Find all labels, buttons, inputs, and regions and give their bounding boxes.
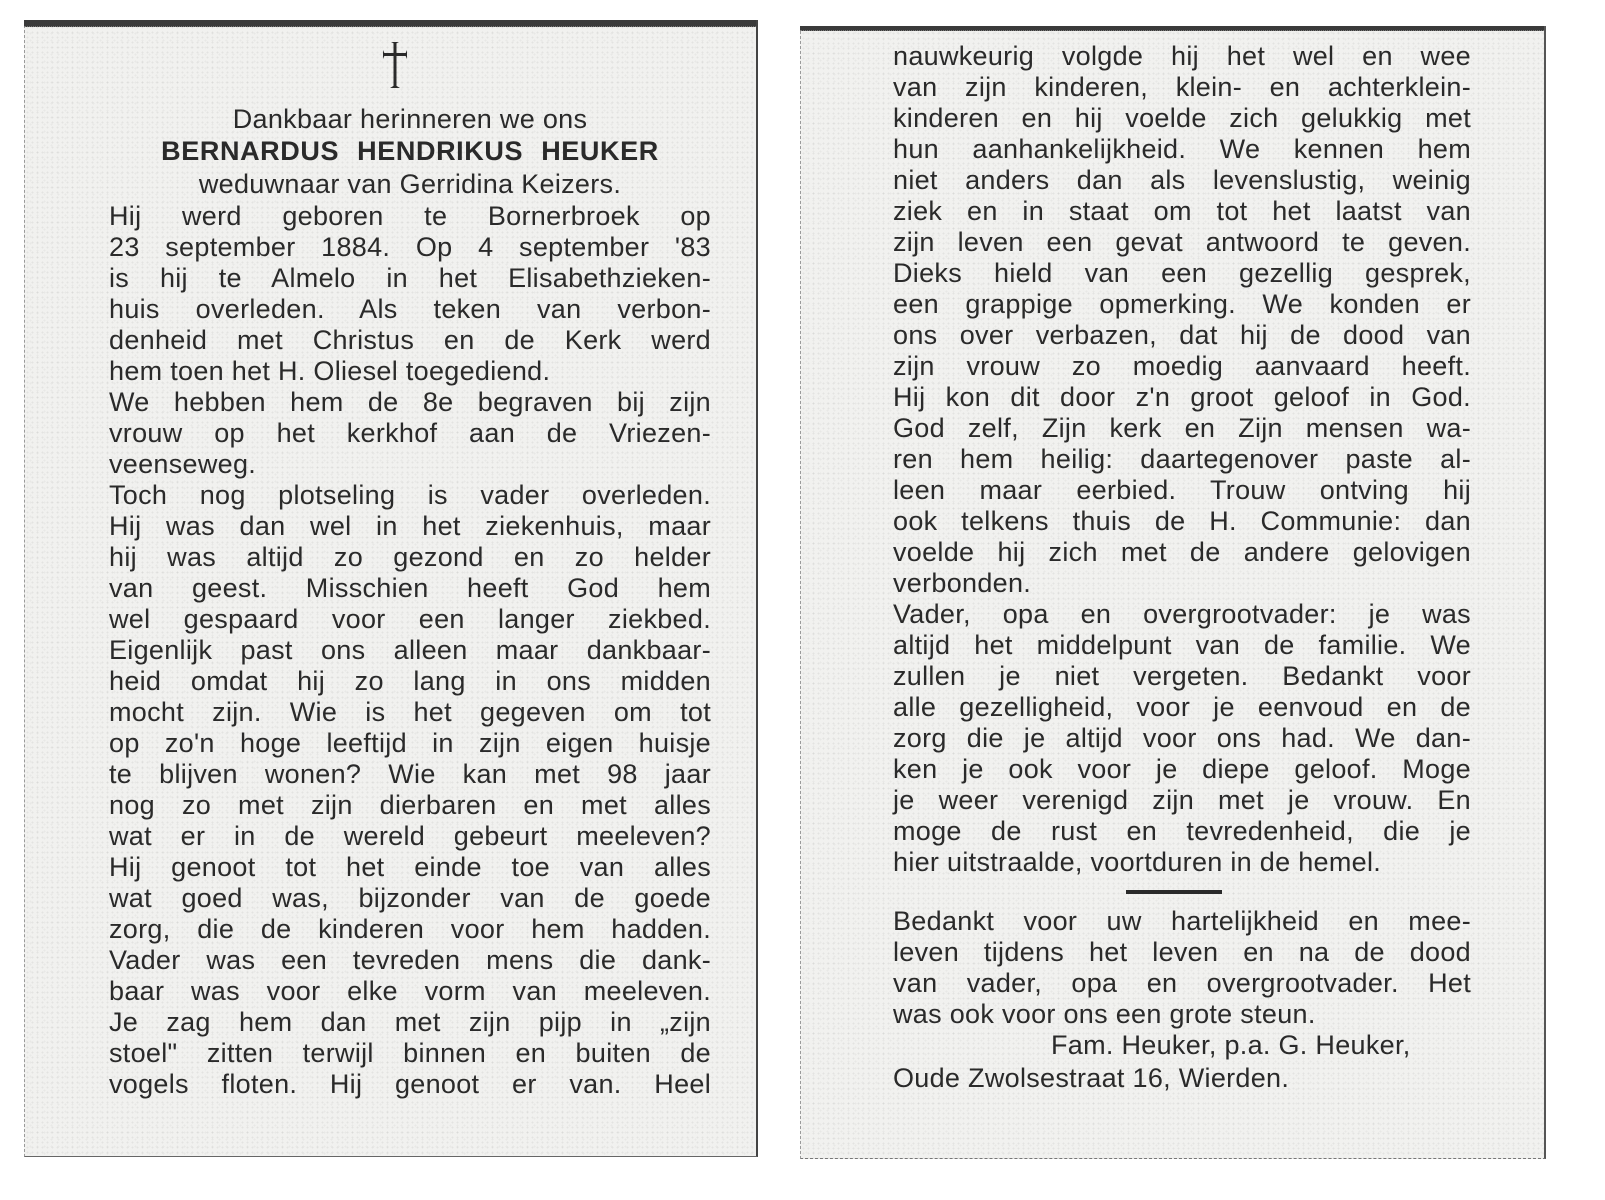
text-line: ren hem heilig: daartegenover paste al- bbox=[893, 444, 1471, 475]
text-line: alle gezelligheid, voor je eenvoud en de bbox=[893, 692, 1471, 723]
left-body-text: Hij werd geboren te Bornerbroek op23 sep… bbox=[109, 201, 711, 1100]
text-line: wel gespaard voor een langer ziekbed. bbox=[109, 604, 711, 635]
text-line: Eigenlijk past ons alleen maar dankbaar- bbox=[109, 635, 711, 666]
text-line: leen maar eerbied. Trouw ontving hij bbox=[893, 475, 1471, 506]
text-line: Hij werd geboren te Bornerbroek op bbox=[109, 201, 711, 232]
text-line: zorg, die de kinderen voor hem hadden. bbox=[109, 914, 711, 945]
text-line: baar was voor elke vorm van meeleven. bbox=[109, 976, 711, 1007]
text-line: wat goed was, bijzonder van de goede bbox=[109, 883, 711, 914]
text-line: wat er in de wereld gebeurt meeleven? bbox=[109, 821, 711, 852]
text-line: 23 september 1884. Op 4 september '83 bbox=[109, 232, 711, 263]
text-line: voelde hij zich met de andere gelovigen bbox=[893, 537, 1471, 568]
text-line: Je zag hem dan met zijn pijp in „zijn bbox=[109, 1007, 711, 1038]
text-line: huis overleden. Als teken van verbon- bbox=[109, 294, 711, 325]
text-line: Vader was een tevreden mens die dank- bbox=[109, 945, 711, 976]
text-line: ook telkens thuis de H. Communie: dan bbox=[893, 506, 1471, 537]
text-line: ons over verbazen, dat hij de dood van bbox=[893, 320, 1471, 351]
text-line: denheid met Christus en de Kerk werd bbox=[109, 325, 711, 356]
text-line: nog zo met zijn dierbaren en met alles bbox=[109, 790, 711, 821]
text-line: ken je ook voor je diepe geloof. Moge bbox=[893, 754, 1471, 785]
left-text-column: Dankbaar herinneren we ons BERNARDUS HEN… bbox=[109, 104, 711, 1100]
text-line: Vader, opa en overgrootvader: je was bbox=[893, 599, 1471, 630]
memorial-card-left-page: Dankbaar herinneren we ons BERNARDUS HEN… bbox=[24, 20, 758, 1157]
text-line: moge de rust en tevredenheid, die je bbox=[893, 816, 1471, 847]
widower-subtitle: weduwnaar van Gerridina Keizers. bbox=[109, 169, 711, 201]
text-line: te blijven wonen? Wie kan met 98 jaar bbox=[109, 759, 711, 790]
text-line: zorg die je altijd voor ons had. We dan- bbox=[893, 723, 1471, 754]
text-line: niet anders dan als levenslustig, weinig bbox=[893, 165, 1471, 196]
text-line: een grappige opmerking. We konden er bbox=[893, 289, 1471, 320]
text-line: mocht zijn. Wie is het gegeven om tot bbox=[109, 697, 711, 728]
text-line: hij was altijd zo gezond en zo helder bbox=[109, 542, 711, 573]
text-line: hun aanhankelijkheid. We kennen hem bbox=[893, 134, 1471, 165]
text-line: ziek en in staat om tot het laatst van bbox=[893, 196, 1471, 227]
intro-line: Dankbaar herinneren we ons bbox=[109, 104, 711, 136]
text-line: Dieks hield van een gezellig gesprek, bbox=[893, 258, 1471, 289]
cross-icon bbox=[380, 40, 410, 90]
text-line: We hebben hem de 8e begraven bij zijn bbox=[109, 387, 711, 418]
text-line: zijn leven een gevat antwoord te geven. bbox=[893, 227, 1471, 258]
thanks-text: Bedankt voor uw hartelijkheid en mee-lev… bbox=[893, 906, 1471, 1030]
text-line: kinderen en hij voelde zich gelukkig met bbox=[893, 103, 1471, 134]
right-body-text: nauwkeurig volgde hij het wel en weevan … bbox=[893, 41, 1471, 878]
text-line: Bedankt voor uw hartelijkheid en mee- bbox=[893, 906, 1471, 937]
text-line: op zo'n hoge leeftijd in zijn eigen huis… bbox=[109, 728, 711, 759]
text-line: zullen je niet vergeten. Bedankt voor bbox=[893, 661, 1471, 692]
text-line: is hij te Almelo in het Elisabethzieken- bbox=[109, 263, 711, 294]
text-line: vogels floten. Hij genoot er van. Heel bbox=[109, 1069, 711, 1100]
text-line: heid omdat hij zo lang in ons midden bbox=[109, 666, 711, 697]
text-line: vrouw op het kerkhof aan de Vriezen- bbox=[109, 418, 711, 449]
text-line: van zijn kinderen, klein- en achterklein… bbox=[893, 72, 1471, 103]
text-line: hier uitstraalde, voortduren in de hemel… bbox=[893, 847, 1471, 878]
text-line: Hij kon dit door z'n groot geloof in God… bbox=[893, 382, 1471, 413]
text-line: God zelf, Zijn kerk en Zijn mensen wa- bbox=[893, 413, 1471, 444]
right-text-column: nauwkeurig volgde hij het wel en weevan … bbox=[893, 41, 1471, 1094]
deceased-name: BERNARDUS HENDRIKUS HEUKER bbox=[109, 136, 711, 169]
divider-rule bbox=[1126, 890, 1222, 894]
text-line: Hij genoot tot het einde toe van alles bbox=[109, 852, 711, 883]
text-line: zijn vrouw zo moedig aanvaard heeft. bbox=[893, 351, 1471, 382]
text-line: was ook voor ons een grote steun. bbox=[893, 999, 1471, 1030]
text-line: verbonden. bbox=[893, 568, 1471, 599]
text-line: Hij was dan wel in het ziekenhuis, maar bbox=[109, 511, 711, 542]
text-line: leven tijdens het leven en na de dood bbox=[893, 937, 1471, 968]
text-line: altijd het middelpunt van de familie. We bbox=[893, 630, 1471, 661]
text-line: stoel" zitten terwijl binnen en buiten d… bbox=[109, 1038, 711, 1069]
text-line: nauwkeurig volgde hij het wel en wee bbox=[893, 41, 1471, 72]
text-line: je weer verenigd zijn met je vrouw. En bbox=[893, 785, 1471, 816]
text-line: hem toen het H. Oliesel toegediend. bbox=[109, 356, 711, 387]
family-signature: Fam. Heuker, p.a. G. Heuker, bbox=[893, 1030, 1471, 1061]
text-line: van vader, opa en overgrootvader. Het bbox=[893, 968, 1471, 999]
text-line: Toch nog plotseling is vader overleden. bbox=[109, 480, 711, 511]
family-address: Oude Zwolsestraat 16, Wierden. bbox=[893, 1063, 1471, 1094]
text-line: veenseweg. bbox=[109, 449, 711, 480]
text-line: van geest. Misschien heeft God hem bbox=[109, 573, 711, 604]
memorial-card-right-page: nauwkeurig volgde hij het wel en weevan … bbox=[800, 26, 1546, 1159]
